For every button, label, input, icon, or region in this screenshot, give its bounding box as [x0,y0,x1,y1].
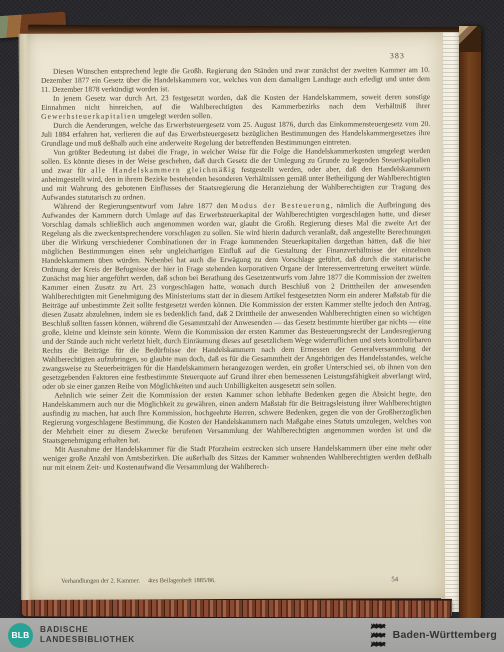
page-number: 383 [390,51,405,60]
book-bottom-edge [22,597,452,618]
sheet-number: 54 [391,576,432,583]
body-paragraph: Von größter Bedeutung ist dabei die Frag… [41,146,430,202]
previous-page-edge [19,34,31,600]
scan-viewer: 383 Diesen Wünschen entsprechend legte d… [0,0,504,652]
bw-label: Baden-Württemberg [393,629,497,641]
blb-name-line2: LANDESBIBLIOTHEK [40,635,135,645]
body-paragraph: In jenem Gesetz war durch Art. 23 festge… [41,92,430,121]
library-footer-bar: BLB BADISCHE LANDESBIBLIOTHEK Baden-Würt… [0,618,504,652]
blb-logo[interactable]: BLB BADISCHE LANDESBIBLIOTHEK [0,623,135,648]
volume-caption-part1: Verhandlungen der 2. Kammer. [61,577,140,584]
body-paragraph: Während der Regierungsentwurf vom Jahre … [42,200,432,391]
volume-caption-part2: 4tes Beilagenheft 1885/86. [148,577,216,584]
blb-abbr: BLB [11,630,29,640]
scanned-page: 383 Diesen Wünschen entsprechend legte d… [19,32,445,600]
body-paragraph: Aehnlich wie seiner Zeit die Kommission … [42,389,431,445]
book-cover-edge [459,26,481,618]
body-paragraph: Diesen Wünschen entsprechend legte die G… [41,65,430,94]
body-paragraph: Durch die Aenderungen, welche das Erwerb… [41,119,430,148]
page-text: Diesen Wünschen entsprechend legte die G… [41,65,432,572]
blb-name-line1: BADISCHE [40,625,135,635]
three-lions-icon [369,622,387,648]
blb-circle-icon: BLB [8,623,33,648]
volume-caption: Verhandlungen der 2. Kammer.4tes Beilage… [43,577,216,585]
blb-wordmark: BADISCHE LANDESBIBLIOTHEK [40,625,135,645]
book-photo: 383 Diesen Wünschen entsprechend legte d… [0,0,504,618]
body-paragraph: Mit Ausnahme der Handelskammer für die S… [43,443,432,472]
cover-damage-spot [459,26,481,52]
bw-logo[interactable]: Baden-Württemberg [369,622,504,648]
page-footer: Verhandlungen der 2. Kammer.4tes Beilage… [43,576,432,585]
